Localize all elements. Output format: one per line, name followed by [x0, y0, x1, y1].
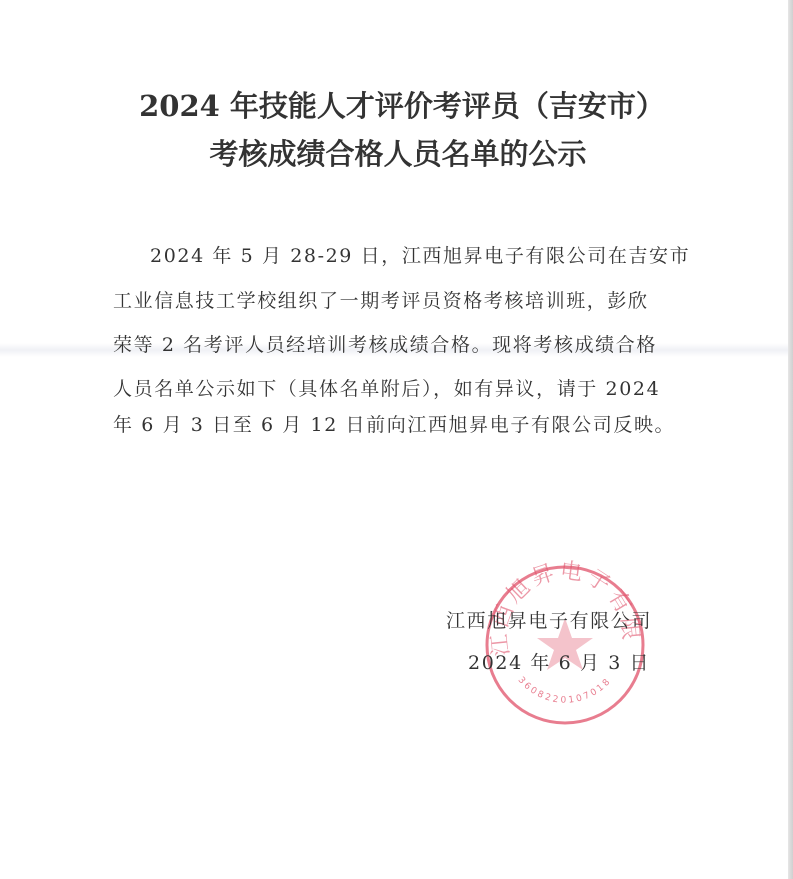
page-edge-shadow [788, 0, 793, 879]
document-title-line-1: 2024 年技能人才评价考评员（吉安市） [8, 84, 793, 125]
body-paragraph-line: 荣等 2 名考评人员经培训考核成绩合格。现将考核成绩合格 [113, 330, 673, 357]
body-paragraph-line: 年 6 月 3 日至 6 月 12 日前向江西旭昇电子有限公司反映。 [113, 410, 673, 437]
body-paragraph-line: 2024 年 5 月 28-29 日，江西旭昇电子有限公司在吉安市 [150, 241, 710, 268]
document-page: 2024 年技能人才评价考评员（吉安市） 考核成绩合格人员名单的公示 2024 … [0, 0, 788, 879]
body-paragraph-line: 人员名单公示如下（具体名单附后），如有异议，请于 2024 [113, 374, 673, 401]
body-paragraph-line: 工业信息技工学校组织了一期考评员资格考核培训班，彭欣 [113, 286, 673, 313]
document-title-line-2: 考核成绩合格人员名单的公示 [4, 132, 792, 173]
company-seal-stamp: 江西旭昇电子有限公司 3608220107018 [480, 560, 650, 730]
svg-text:3608220107018: 3608220107018 [516, 675, 614, 705]
signature-date: 2024 年 6 月 3 日 [468, 648, 650, 675]
signature-organization: 江西旭昇电子有限公司 [446, 606, 652, 633]
